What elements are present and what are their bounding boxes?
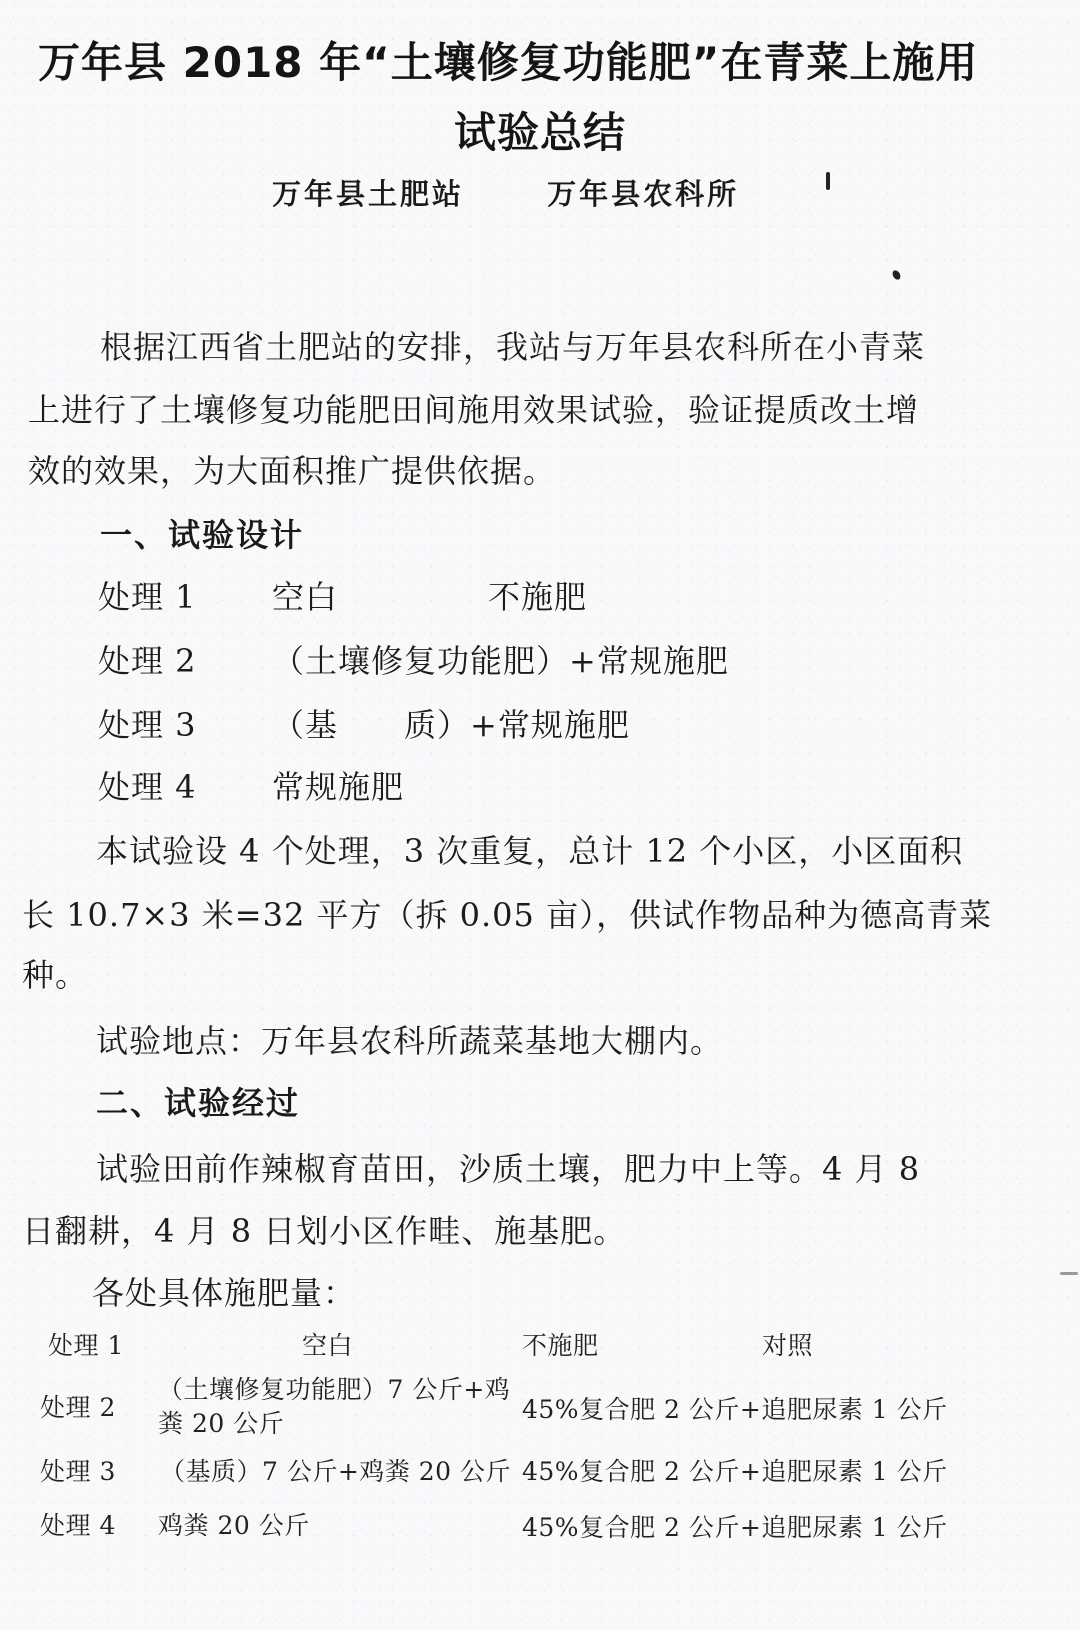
table-cell-treatment: 处理 1 — [48, 1326, 124, 1362]
document-title-line1: 万年县 2018 年“土壤修复功能肥”在青菜上施用 — [38, 30, 978, 90]
authors: 万年县土肥站 万年县农科所 — [272, 172, 739, 213]
intro-line-2: 上进行了土壤修复功能肥田间施用效果试验，验证提质改土增 — [28, 385, 919, 431]
table-cell-base: 空白 — [302, 1326, 353, 1362]
section2-heading: 二、试验经过 — [96, 1078, 300, 1124]
design-para-line-2: 长 10.7×3 米=32 平方（拆 0.05 亩），供试作物品种为德高青菜 — [22, 890, 992, 936]
intro-line-1: 根据江西省土肥站的安排，我站与万年县农科所在小青菜 — [100, 322, 925, 368]
table-cell-remark: 对照 — [762, 1326, 813, 1362]
scan-mark — [891, 269, 902, 281]
table-cell-treatment: 处理 2 — [40, 1388, 116, 1424]
test-location: 试验地点：万年县农科所蔬菜基地大棚内。 — [96, 1016, 723, 1062]
treatment-2-label: 处理 2 — [98, 636, 197, 682]
table-cell-treatment: 处理 4 — [40, 1506, 116, 1542]
process-para-line-1: 试验田前作辣椒育苗田，沙质土壤，肥力中上等。4 月 8 — [96, 1144, 920, 1190]
table-cell-base: 鸡粪 20 公斤 — [158, 1506, 310, 1542]
treatment-2-desc: （土壤修复功能肥）+常规施肥 — [272, 636, 729, 682]
design-para-line-1: 本试验设 4 个处理，3 次重复，总计 12 个小区，小区面积 — [96, 826, 963, 872]
treatment-1-desc: 空白 — [272, 572, 338, 618]
intro-line-3: 效的效果，为大面积推广提供依据。 — [28, 446, 556, 492]
process-para-line-2: 日翻耕，4 月 8 日划小区作畦、施基肥。 — [22, 1206, 626, 1252]
table-cell-treatment: 处理 3 — [40, 1452, 116, 1488]
table-cell-top: 不施肥 — [522, 1326, 599, 1362]
scan-mark — [826, 172, 830, 190]
treatment-3-desc: （基 质）+常规施肥 — [272, 700, 630, 746]
treatment-4-label: 处理 4 — [98, 762, 197, 808]
author-2: 万年县农科所 — [547, 172, 739, 213]
table-cell-base: （基质）7 公斤+鸡粪 20 公斤 — [160, 1452, 511, 1488]
table-cell-top: 45%复合肥 2 公斤+追肥尿素 1 公斤 — [522, 1390, 948, 1426]
section1-heading: 一、试验设计 — [100, 510, 304, 556]
treatment-1-note: 不施肥 — [488, 572, 587, 618]
table-cell-base-cont: 粪 20 公斤 — [158, 1404, 284, 1440]
treatment-1-label: 处理 1 — [98, 572, 197, 618]
table-cell-top: 45%复合肥 2 公斤+追肥尿素 1 公斤 — [522, 1508, 948, 1544]
scan-mark — [1060, 1272, 1078, 1275]
treatment-3-label: 处理 3 — [98, 700, 197, 746]
table-cell-top: 45%复合肥 2 公斤+追肥尿素 1 公斤 — [522, 1452, 948, 1488]
fertilizer-heading: 各处具体施肥量： — [92, 1268, 356, 1314]
author-1: 万年县土肥站 — [272, 172, 464, 213]
design-para-line-3: 种。 — [22, 950, 88, 996]
treatment-4-desc: 常规施肥 — [272, 762, 404, 808]
table-cell-base: （土壤修复功能肥）7 公斤+鸡 — [158, 1370, 510, 1406]
document-title-line2: 试验总结 — [0, 100, 1080, 160]
